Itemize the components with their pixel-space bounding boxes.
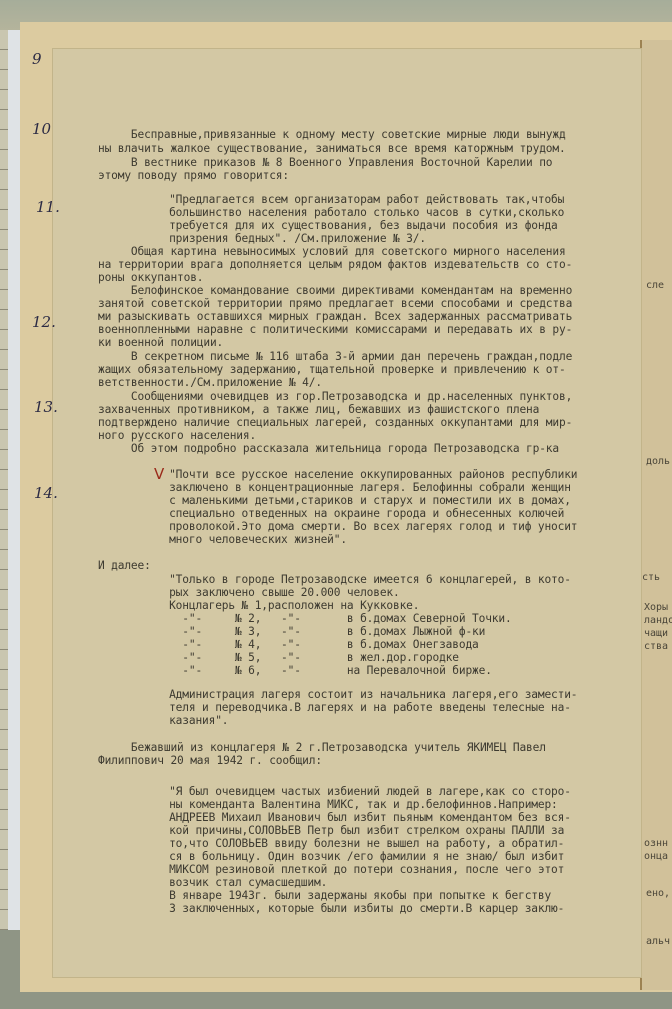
text-line: ного русского населения. [98,429,256,442]
text-line: подтверждено наличие специальных лагерей… [98,416,572,429]
bleed-text: ландо [644,615,672,626]
text-line: ветственности./См.приложение № 4/. [98,376,322,389]
text-line: Сообщениями очевидцев из гор.Петрозаводс… [98,390,572,403]
adjacent-page: сле доль сть Хоры ландо чащи ства ознн о… [640,40,672,990]
text-line: Общая картина невыносимых условий для со… [98,245,566,258]
bleed-text: сть [642,572,660,583]
text-line: ки военной полиции. [98,336,223,349]
ruler-strip [0,30,8,930]
text-line: военнопленными наравне с политическими к… [98,323,572,336]
text-line: -"- № 3, -"- в б.домах Лыжной ф-ки [123,625,485,638]
text-line: Филиппович 20 мая 1942 г. сообщил: [98,754,322,767]
text-line: "Я был очевидцем частых избиений людей в… [123,785,571,798]
bleed-text: Хоры [644,602,668,613]
text-line: -"- № 4, -"- в б.домах Онегзавода [123,638,479,651]
text-line: -"- № 6, -"- на Перевалочной бирже. [123,664,492,677]
margin-number: 9 [32,50,42,68]
text-line: проволокой.Это дома смерти. Во всех лаге… [123,520,577,533]
text-line: ны коменданта Валентина МИКС, так и др.б… [123,798,558,811]
text-line: специально отведенных на окраине города … [123,507,564,520]
text-line: этому поводу прямо говорится: [98,169,289,182]
margin-number: 14. [34,484,58,502]
text-line: АНДРЕЕВ Михаил Иванович был избит пьяным… [123,811,571,824]
text-line: рых заключено свыше 20.000 человек. [123,586,400,599]
text-line: Концлагерь № 1,расположен на Кукковке. [123,599,419,612]
text-line: МИКСОМ резиновой плеткой до потери созна… [123,863,564,876]
text-line: ны влачить жалкое существование, занимат… [98,142,566,155]
text-line: ся в больницу. Один возчик /его фамилии … [123,850,564,863]
text-line: Бесправные,привязанные к одному месту со… [98,128,566,141]
text-line: на территории врага дополняется целым ря… [98,258,572,271]
bleed-text: ознн [644,838,668,849]
text-line: И далее: [98,559,151,572]
bleed-text: чащи [644,628,668,639]
text-line: большинство населения работало столько ч… [123,206,564,219]
margin-number: 11. [36,198,60,216]
text-line: "Только в городе Петрозаводске имеется 6… [123,573,571,586]
text-line: роны оккупантов. [98,271,203,284]
margin-number: 13. [34,398,58,416]
text-line: Бежавший из концлагеря № 2 г.Петрозаводс… [98,741,546,754]
bleed-text: альч [646,936,670,947]
text-line: В секретном письме № 116 штаба 3-й армии… [98,350,572,363]
text-line: теля и переводчика.В лагерях и на работе… [123,701,571,714]
text-line: Администрация лагеря состоит из начальни… [123,688,577,701]
bleed-text: ства [644,641,668,652]
text-line: то,что СОЛОВЬЕВ ввиду болезни не вышел н… [123,837,564,850]
text-line: "Предлагается всем организаторам работ д… [123,193,564,206]
bleed-text: онца [644,851,668,862]
text-line: Об этом подробно рассказала жительница г… [98,442,559,455]
bleed-text: доль [646,456,670,467]
text-line: 3 заключенных, которые были избиты до см… [123,902,564,915]
text-line: В вестнике приказов № 8 Военного Управле… [98,156,552,169]
text-line: В январе 1943г. были задержаны якобы при… [123,889,551,902]
text-line: -"- № 5, -"- в жел.дор.городке [123,651,459,664]
text-line: требуется для их существования, без выда… [123,219,558,232]
text-line: призрения бедных". /См.приложение № 3/. [123,232,426,245]
text-line: ми разыскивать оставшихся мирных граждан… [98,310,572,323]
bleed-text: сле [646,280,664,291]
bleed-text: ено, [646,888,670,899]
text-line: жащих обязательному задержанию, тщательн… [98,363,566,376]
text-line: заключено в концентрационные лагеря. Бел… [123,481,571,494]
text-line: захваченных противником, а также лиц, бе… [98,403,539,416]
margin-number: 10 [32,120,51,138]
text-line: -"- № 2, -"- в б.домах Северной Точки. [123,612,512,625]
text-line: "Почти все русское население оккупирован… [123,468,577,481]
text-line: Белофинское командование своими директив… [98,284,572,297]
text-line: много человеческих жизней". [123,533,347,546]
text-line: возчик стал сумасшедшим. [123,876,327,889]
text-line: с маленькими детьми,стариков и старух и … [123,494,571,507]
text-line: занятой советской территории прямо предл… [98,297,572,310]
text-line: казания". [123,714,228,727]
text-line: кой причины,СОЛОВЬЕВ Петр был избит стре… [123,824,564,837]
margin-number: 12. [32,313,56,331]
